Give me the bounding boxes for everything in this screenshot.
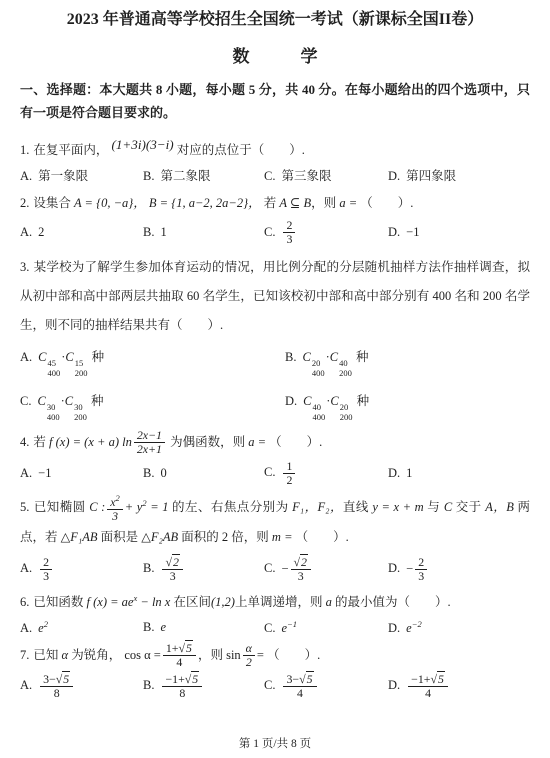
denominator: 2: [283, 474, 295, 487]
answer-blank: （ ）.: [360, 196, 413, 210]
options-grid: A.C45400·C15200 种 B.C20400·C40200 种 C.C3…: [20, 347, 530, 423]
numerator: −1+√5: [408, 673, 448, 687]
question-stem: 5.已知椭圆 C :x23+ y2 = 1 的左、右焦点分别为 F₁，F₂，直线…: [20, 493, 530, 552]
option-suffix: 种: [92, 350, 105, 364]
answer-blank: （ ）.: [296, 530, 349, 544]
numerator: −1+√5: [162, 673, 202, 687]
answer-blank: 的最小值为（ ）.: [335, 595, 451, 609]
option-letter: B.: [285, 350, 296, 364]
option-suffix: 种: [91, 394, 104, 408]
question-stem: 3.某学校为了解学生参加体育运动的情况，用比例分配的分层随机抽样方法作抽样调查，…: [20, 253, 530, 341]
question-text: 上单调递增，则: [235, 595, 323, 609]
question-text: 交于: [456, 500, 482, 514]
option-letter: A.: [20, 225, 32, 239]
option-c: C.23: [264, 219, 388, 247]
denominator: 4: [408, 687, 448, 700]
combination-symbol: C: [65, 394, 73, 408]
option-a: A.2: [20, 225, 143, 240]
math-term: 3−: [286, 672, 299, 686]
combination-term: C45400: [38, 350, 61, 364]
option-c: C.第三象限: [264, 166, 388, 184]
option-c: C.e−1: [264, 619, 388, 636]
option-d: D.−1: [388, 225, 530, 240]
question-stem: 4.若 f (x) = (x + a) ln2x−12x+1 为偶函数，则 a …: [20, 429, 530, 457]
option-a: A.第一象限: [20, 166, 143, 184]
denominator: 2x+1: [134, 443, 165, 456]
option-b: B.e: [143, 620, 264, 635]
option-letter: D.: [388, 169, 400, 183]
option-a: A.e2: [20, 619, 143, 636]
option-d: D.e−2: [388, 619, 530, 636]
question-1: 1.在复平面内， (1+3i)(3−i) 对应的点位于（ ）. A.第一象限 B…: [20, 131, 530, 184]
question-2: 2.设集合 A = {0, −a}， B = {1, a−2, 2a−2}， 若…: [20, 190, 530, 247]
subscript: 200: [340, 413, 353, 423]
option-text: 第一象限: [38, 169, 88, 183]
question-text: 某学校为了解学生参加体育运动的情况，用比例分配的分层随机抽样方法作抽样调查，拟从…: [20, 260, 530, 333]
subscript: 400: [48, 369, 61, 379]
question-7: 7.已知 α 为锐角， cos α =1+√54，则 sinα2= （ ）. A…: [20, 642, 530, 701]
sup-sub-script: 30400: [47, 403, 60, 423]
subscript: 400: [312, 369, 325, 379]
radicand: 5: [191, 671, 199, 686]
exponent: x: [133, 593, 137, 603]
denominator: 4: [283, 687, 316, 700]
exponent: 2: [116, 493, 120, 503]
option-letter: D.: [285, 394, 297, 408]
math-term: −1+: [165, 672, 184, 686]
numerator: 3−√5: [40, 673, 73, 687]
sine-function: sin: [226, 648, 241, 662]
options-row: A.2 B.1 C.23 D.−1: [20, 219, 530, 247]
question-text: 若: [264, 196, 277, 210]
question-text: 在区间: [173, 595, 211, 609]
math-expression: a =: [339, 196, 357, 210]
options-row: A.第一象限 B.第二象限 C.第三象限 D.第四象限: [20, 166, 530, 184]
exponent: −2: [412, 619, 422, 629]
question-text: 面积的 2 倍，则: [181, 530, 269, 544]
option-letter: B.: [143, 466, 154, 480]
fraction: 1+√54: [163, 642, 196, 670]
radicand: 5: [306, 671, 314, 686]
option-value: −1: [38, 466, 51, 480]
variable: a: [326, 595, 332, 609]
subscript: 400: [313, 413, 326, 423]
option-c: C.−√23: [264, 556, 388, 584]
sup-sub-script: 15200: [75, 359, 88, 379]
answer-blank: （ ）.: [267, 648, 320, 662]
option-letter: A.: [20, 169, 32, 183]
exam-document: 2023 年普通高等学校招生全国统一考试（新课标全国II卷） 数 学 一、选择题…: [20, 10, 530, 700]
numerator: √2: [291, 556, 311, 570]
subscript: 200: [339, 369, 352, 379]
denominator: 4: [163, 656, 196, 669]
minus-sign: −: [281, 561, 288, 575]
option-value: 0: [160, 466, 166, 480]
point-labels: A，B: [485, 500, 514, 514]
question-number: 7.: [20, 648, 29, 662]
question-number: 2.: [20, 196, 29, 210]
question-text: 直线: [343, 500, 369, 514]
denominator: 3: [415, 570, 427, 583]
combination-symbol: C: [37, 394, 45, 408]
question-5: 5.已知椭圆 C :x23+ y2 = 1 的左、右焦点分别为 F₁，F₂，直线…: [20, 493, 530, 583]
sup-sub-script: 30200: [74, 403, 87, 423]
denominator: 8: [40, 687, 73, 700]
subscript: 400: [47, 413, 60, 423]
option-letter: D.: [388, 678, 400, 692]
option-a: A.23: [20, 556, 143, 584]
subscript: 200: [75, 369, 88, 379]
combination-symbol: C: [330, 350, 338, 364]
equals-sign: =: [257, 648, 264, 662]
fraction: −1+√58: [162, 673, 202, 701]
numerator: 2x−1: [134, 429, 165, 443]
option-a: A.3−√58: [20, 673, 143, 701]
question-stem: 1.在复平面内， (1+3i)(3−i) 对应的点位于（ ）.: [20, 131, 530, 163]
option-suffix: 种: [357, 394, 370, 408]
combination-symbol: C: [330, 394, 338, 408]
numerator: 3−√5: [283, 673, 316, 687]
option-b: B.1: [143, 225, 264, 240]
line-equation: y = x + m: [372, 500, 423, 514]
option-letter: C.: [264, 678, 275, 692]
subset-expression: A ⊆ B: [279, 196, 311, 210]
question-text: 已知函数: [33, 595, 83, 609]
option-letter: C.: [264, 561, 275, 575]
math-term: + y: [125, 500, 143, 514]
option-letter: C.: [20, 394, 31, 408]
option-letter: B.: [143, 225, 154, 239]
function-expression: f (x) = aex − ln x: [87, 595, 171, 609]
option-letter: A.: [20, 561, 32, 575]
options-row: A.23 B.√23 C.−√23 D.−23: [20, 556, 530, 584]
question-number: 1.: [20, 143, 29, 157]
answer-blank: （ ）.: [269, 435, 322, 449]
option-b: B.第二象限: [143, 166, 264, 184]
fraction: 2x−12x+1: [134, 429, 165, 457]
option-d: D.C40400·C20200 种: [285, 391, 530, 423]
question-number: 6.: [20, 595, 29, 609]
option-letter: D.: [388, 225, 400, 239]
denominator: 3: [40, 570, 52, 583]
option-letter: D.: [388, 621, 400, 635]
option-value: −1: [406, 225, 419, 239]
option-letter: A.: [20, 350, 32, 364]
question-text: 设集合: [33, 196, 71, 210]
option-d: D.第四象限: [388, 166, 530, 184]
option-b: B.0: [143, 466, 264, 481]
question-stem: 7.已知 α 为锐角， cos α =1+√54，则 sinα2= （ ）.: [20, 642, 530, 670]
numerator: 1+√5: [163, 642, 196, 656]
function-expression: f (x) = (x + a) ln: [49, 435, 132, 449]
sqrt-radical: √5: [299, 671, 313, 686]
denominator: 3: [107, 510, 123, 523]
numerator: 1: [283, 460, 295, 474]
focus-labels: F₁，F₂，: [292, 500, 343, 514]
option-b: B.C20400·C40200 种: [285, 347, 530, 379]
radical-sign: √: [299, 672, 306, 686]
option-letter: A.: [20, 466, 32, 480]
sup-sub-script: 20200: [340, 403, 353, 423]
option-letter: B.: [143, 678, 154, 692]
fraction: √23: [162, 556, 182, 584]
ellipse-label: C :: [89, 500, 105, 514]
option-value: e2: [38, 621, 48, 635]
page-number: 第 1 页/共 8 页: [0, 735, 550, 751]
math-term: 1+: [166, 641, 179, 655]
radicand: 5: [62, 671, 70, 686]
option-letter: C.: [264, 621, 275, 635]
question-4: 4.若 f (x) = (x + a) ln2x−12x+1 为偶函数，则 a …: [20, 429, 530, 488]
denominator: 3: [283, 233, 295, 246]
question-text: 的左、右焦点分别为: [172, 500, 289, 514]
question-text: 对应的点位于（ ）.: [177, 143, 305, 157]
option-value: 1: [160, 225, 166, 239]
fraction: 23: [415, 556, 427, 584]
angle-variable: α: [62, 648, 69, 662]
combination-term: C30200: [65, 394, 88, 408]
combination-term: C20400: [302, 350, 325, 364]
option-c: C.C30400·C30200 种: [20, 391, 285, 423]
option-letter: A.: [20, 621, 32, 635]
question-text: ，则: [198, 648, 223, 662]
options-row: A.−1 B.0 C.12 D.1: [20, 460, 530, 488]
question-text: 为锐角，: [71, 648, 121, 662]
denominator: 3: [162, 570, 182, 583]
question-number: 3.: [20, 260, 29, 274]
combination-symbol: C: [303, 394, 311, 408]
numerator: x2: [107, 494, 123, 510]
fraction: √23: [291, 556, 311, 584]
fraction: 3−√58: [40, 673, 73, 701]
option-letter: C.: [264, 465, 275, 479]
option-letter: C.: [264, 225, 275, 239]
complex-expression: (1+3i)(3−i): [112, 137, 174, 152]
option-letter: D.: [388, 561, 400, 575]
exponent: 2: [142, 498, 146, 508]
option-value: 2: [38, 225, 44, 239]
question-stem: 6.已知函数 f (x) = aex − ln x 在区间(1,2)上单调递增，…: [20, 589, 530, 615]
section-heading: 一、选择题：本大题共 8 小题，每小题 5 分，共 40 分。在每小题给出的四个…: [20, 78, 530, 125]
triangle-expression: △F₁AB: [61, 530, 98, 544]
sup-sub-script: 20400: [312, 359, 325, 379]
question-text: 与: [427, 500, 440, 514]
option-value: e: [160, 620, 166, 634]
exponent: 2: [44, 619, 48, 629]
page-title: 2023 年普通高等学校招生全国统一考试（新课标全国II卷）: [20, 10, 530, 31]
options-row: A.3−√58 B.−1+√58 C.3−√54 D.−1+√54: [20, 673, 530, 701]
set-expression: B = {1, a−2, 2a−2}，: [149, 196, 261, 210]
exponent: −1: [287, 619, 297, 629]
combination-symbol: C: [38, 350, 46, 364]
option-letter: D.: [388, 466, 400, 480]
math-term: − ln x: [140, 595, 170, 609]
question-number: 5.: [20, 500, 29, 514]
radicand: 5: [437, 671, 445, 686]
option-c: C.3−√54: [264, 673, 388, 701]
option-letter: B.: [143, 620, 154, 634]
question-text: 为偶函数，则: [170, 435, 245, 449]
subject-title: 数 学: [20, 42, 530, 67]
set-expression: A = {0, −a}，: [74, 196, 146, 210]
option-d: D.1: [388, 466, 530, 481]
math-term: −1+: [411, 672, 430, 686]
radical-sign: √: [165, 555, 172, 569]
fraction: x23: [107, 494, 123, 524]
combination-term: C20200: [330, 394, 353, 408]
sqrt-radical: √2: [165, 554, 179, 569]
option-value: e−2: [406, 621, 422, 635]
question-number: 4.: [20, 435, 29, 449]
subscript: 200: [74, 413, 87, 423]
question-6: 6.已知函数 f (x) = aex − ln x 在区间(1,2)上单调递增，…: [20, 589, 530, 635]
numerator: √2: [162, 556, 182, 570]
fraction: 3−√54: [283, 673, 316, 701]
radical-sign: √: [430, 672, 437, 686]
question-text: 已知椭圆: [33, 500, 85, 514]
denominator: 2: [243, 656, 255, 669]
question-text: 面积是: [101, 530, 139, 544]
interval-expression: (1,2): [211, 595, 235, 609]
option-letter: B.: [143, 169, 154, 183]
fraction: 23: [40, 556, 52, 584]
radicand: 5: [185, 640, 193, 655]
fraction: 23: [283, 219, 295, 247]
option-b: B.√23: [143, 556, 264, 584]
option-d: D.−23: [388, 556, 530, 584]
curve-label: C: [444, 500, 452, 514]
sqrt-radical: √5: [185, 671, 199, 686]
options-row: A.e2 B.e C.e−1 D.e−2: [20, 619, 530, 636]
numerator: 2: [283, 219, 295, 233]
combination-term: C30400: [37, 394, 60, 408]
question-text: 若: [33, 435, 46, 449]
combination-term: C40400: [303, 394, 326, 408]
option-suffix: 种: [356, 350, 369, 364]
question-stem: 2.设集合 A = {0, −a}， B = {1, a−2, 2a−2}， 若…: [20, 190, 530, 216]
combination-symbol: C: [65, 350, 73, 364]
ellipse-equation: + y2 = 1: [125, 500, 169, 514]
combination-term: C40200: [330, 350, 353, 364]
minus-sign: −: [406, 561, 413, 575]
radicand: 2: [300, 554, 308, 569]
question-text: 在复平面内，: [33, 143, 108, 157]
option-a: A.−1: [20, 466, 143, 481]
option-letter: C.: [264, 169, 275, 183]
math-term: f (x) = ae: [87, 595, 134, 609]
cosine-expression: cos α =: [124, 648, 161, 662]
option-text: 第三象限: [281, 169, 331, 183]
numerator: 2: [40, 556, 52, 570]
sqrt-radical: √5: [178, 640, 192, 655]
option-text: 第二象限: [160, 169, 210, 183]
option-a: A.C45400·C15200 种: [20, 347, 285, 379]
numerator: 2: [415, 556, 427, 570]
denominator: 3: [291, 570, 311, 583]
fraction: 12: [283, 460, 295, 488]
sup-sub-script: 40400: [313, 403, 326, 423]
sqrt-radical: √5: [56, 671, 70, 686]
option-c: C.12: [264, 460, 388, 488]
option-d: D.−1+√54: [388, 673, 530, 701]
fraction: α2: [243, 642, 255, 670]
fraction: −1+√54: [408, 673, 448, 701]
math-term: 3−: [43, 672, 56, 686]
sup-sub-script: 45400: [48, 359, 61, 379]
combination-symbol: C: [302, 350, 310, 364]
sqrt-radical: √5: [430, 671, 444, 686]
option-value: e−1: [281, 621, 297, 635]
math-expression: m =: [272, 530, 293, 544]
option-letter: A.: [20, 678, 32, 692]
math-term: = 1: [150, 500, 168, 514]
question-3: 3.某学校为了解学生参加体育运动的情况，用比例分配的分层随机抽样方法作抽样调查，…: [20, 253, 530, 423]
triangle-expression: △F₂AB: [141, 530, 178, 544]
sqrt-radical: √2: [294, 554, 308, 569]
sup-sub-script: 40200: [339, 359, 352, 379]
option-letter: B.: [143, 561, 154, 575]
radicand: 2: [172, 554, 180, 569]
option-b: B.−1+√58: [143, 673, 264, 701]
option-text: 第四象限: [406, 169, 456, 183]
combination-term: C15200: [65, 350, 88, 364]
denominator: 8: [162, 687, 202, 700]
math-expression: a =: [248, 435, 266, 449]
question-text: ，则: [311, 196, 336, 210]
question-text: 已知: [33, 648, 58, 662]
option-value: 1: [406, 466, 412, 480]
numerator: α: [243, 642, 255, 656]
